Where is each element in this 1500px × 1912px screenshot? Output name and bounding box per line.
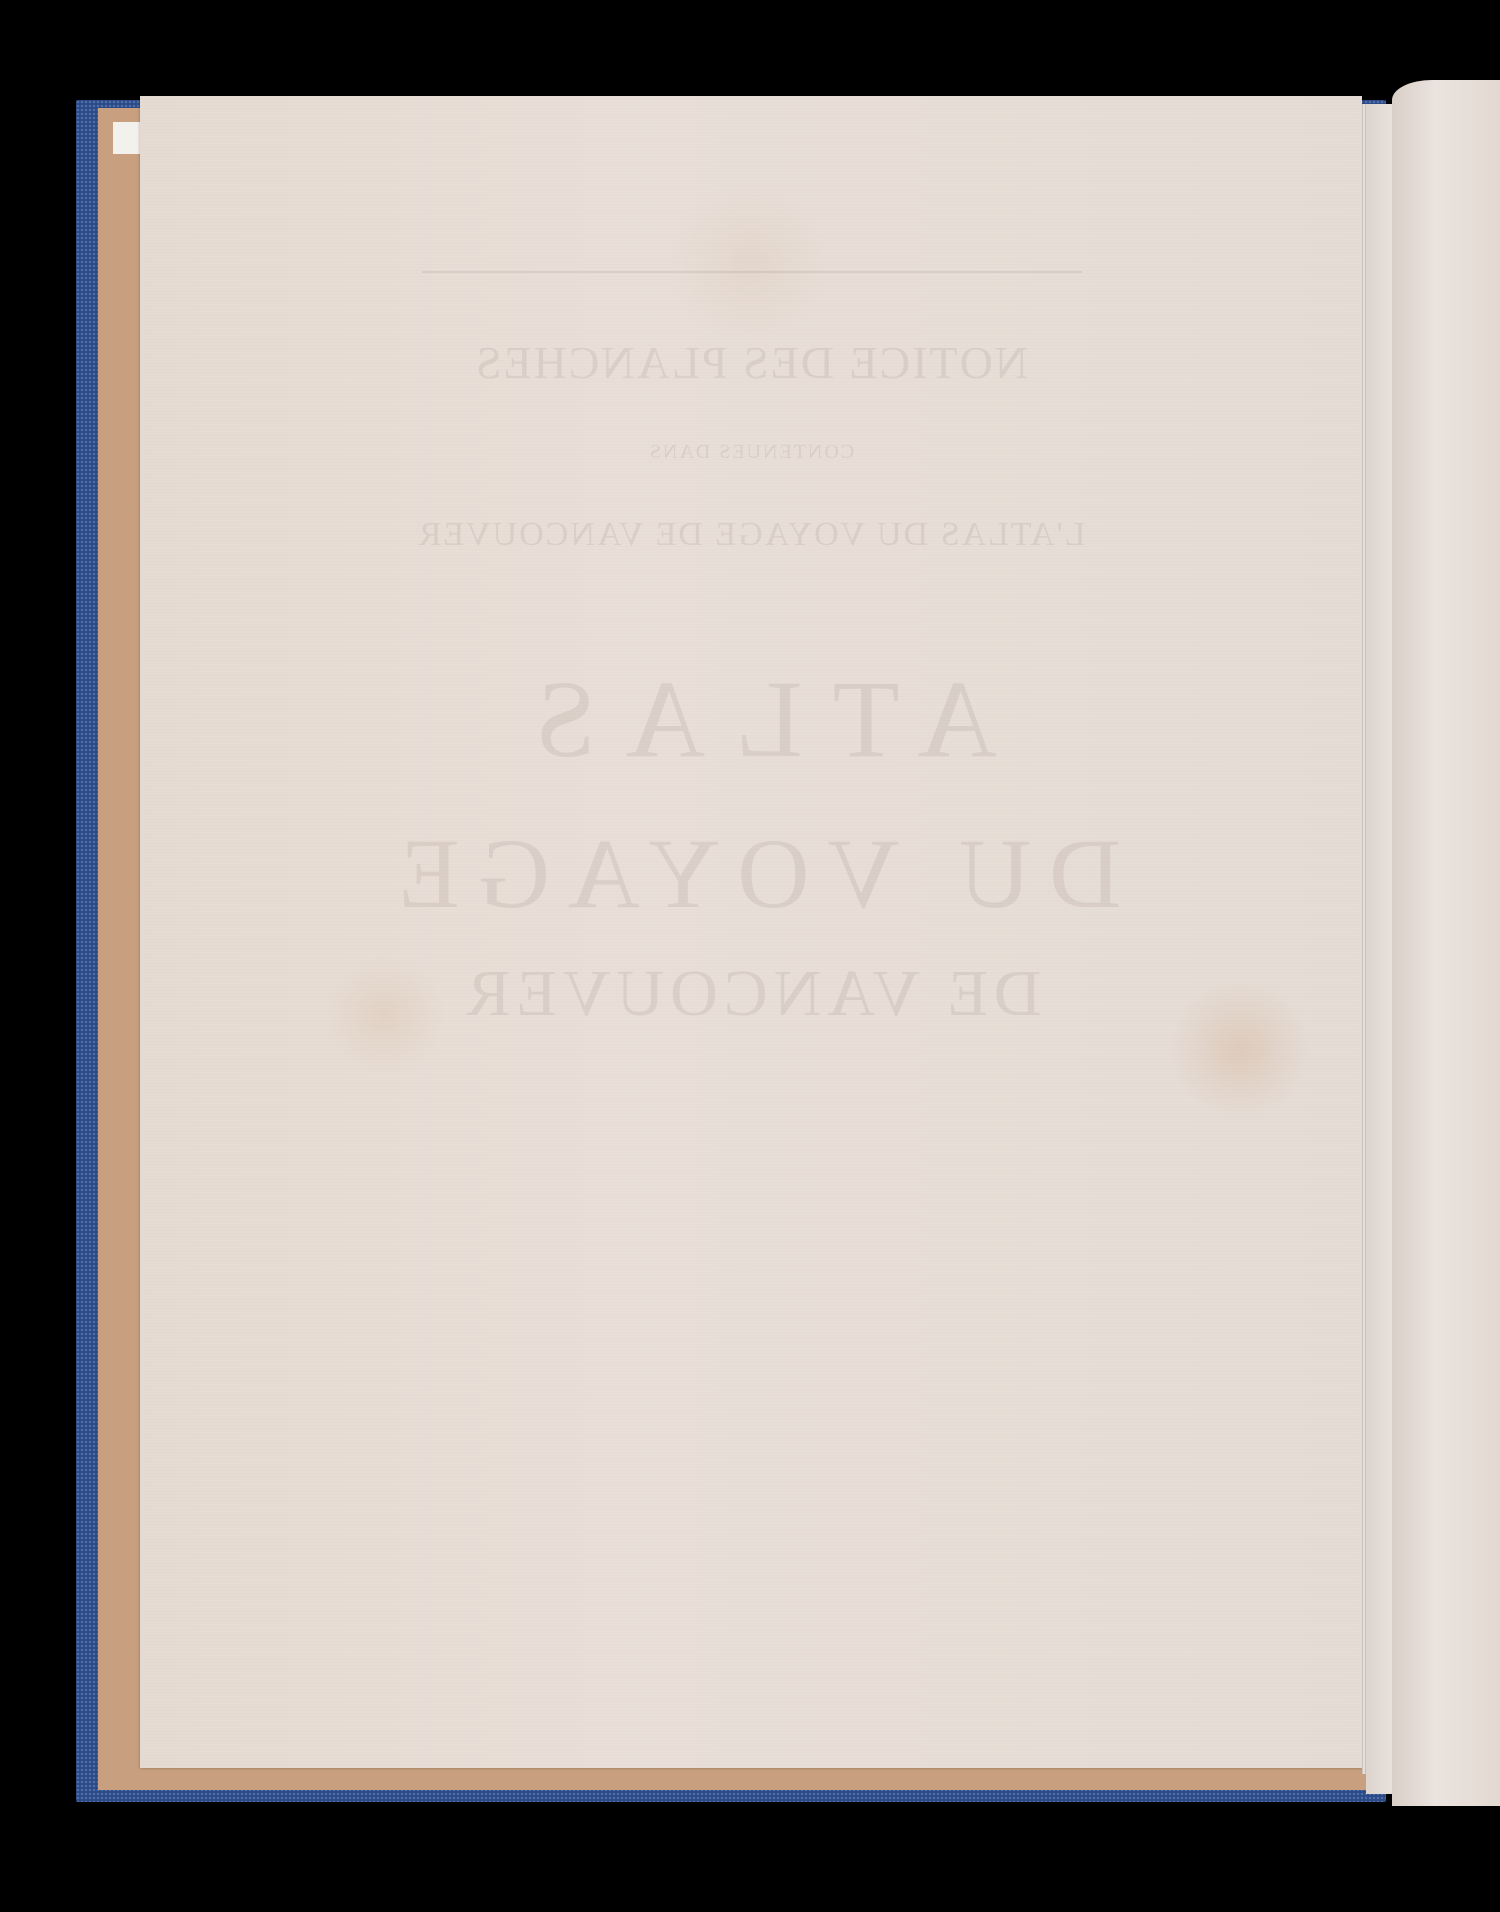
showthrough-line-6: DE VANCOUVER <box>140 956 1362 1032</box>
showthrough-line-1: NOTICE DES PLANCHES <box>140 336 1362 389</box>
right-page-edge <box>1392 80 1500 1806</box>
showthrough-line-2: CONTENUES DANS <box>140 441 1362 464</box>
gutter <box>1366 104 1392 1794</box>
showthrough-line-3: L'ATLAS DU VOYAGE DE VANCOUVER <box>140 516 1362 554</box>
showthrough-rule <box>422 271 1082 273</box>
showthrough-line-4: ATLAS <box>140 656 1362 783</box>
showthrough-line-5: DU VOYAGE <box>140 816 1362 931</box>
